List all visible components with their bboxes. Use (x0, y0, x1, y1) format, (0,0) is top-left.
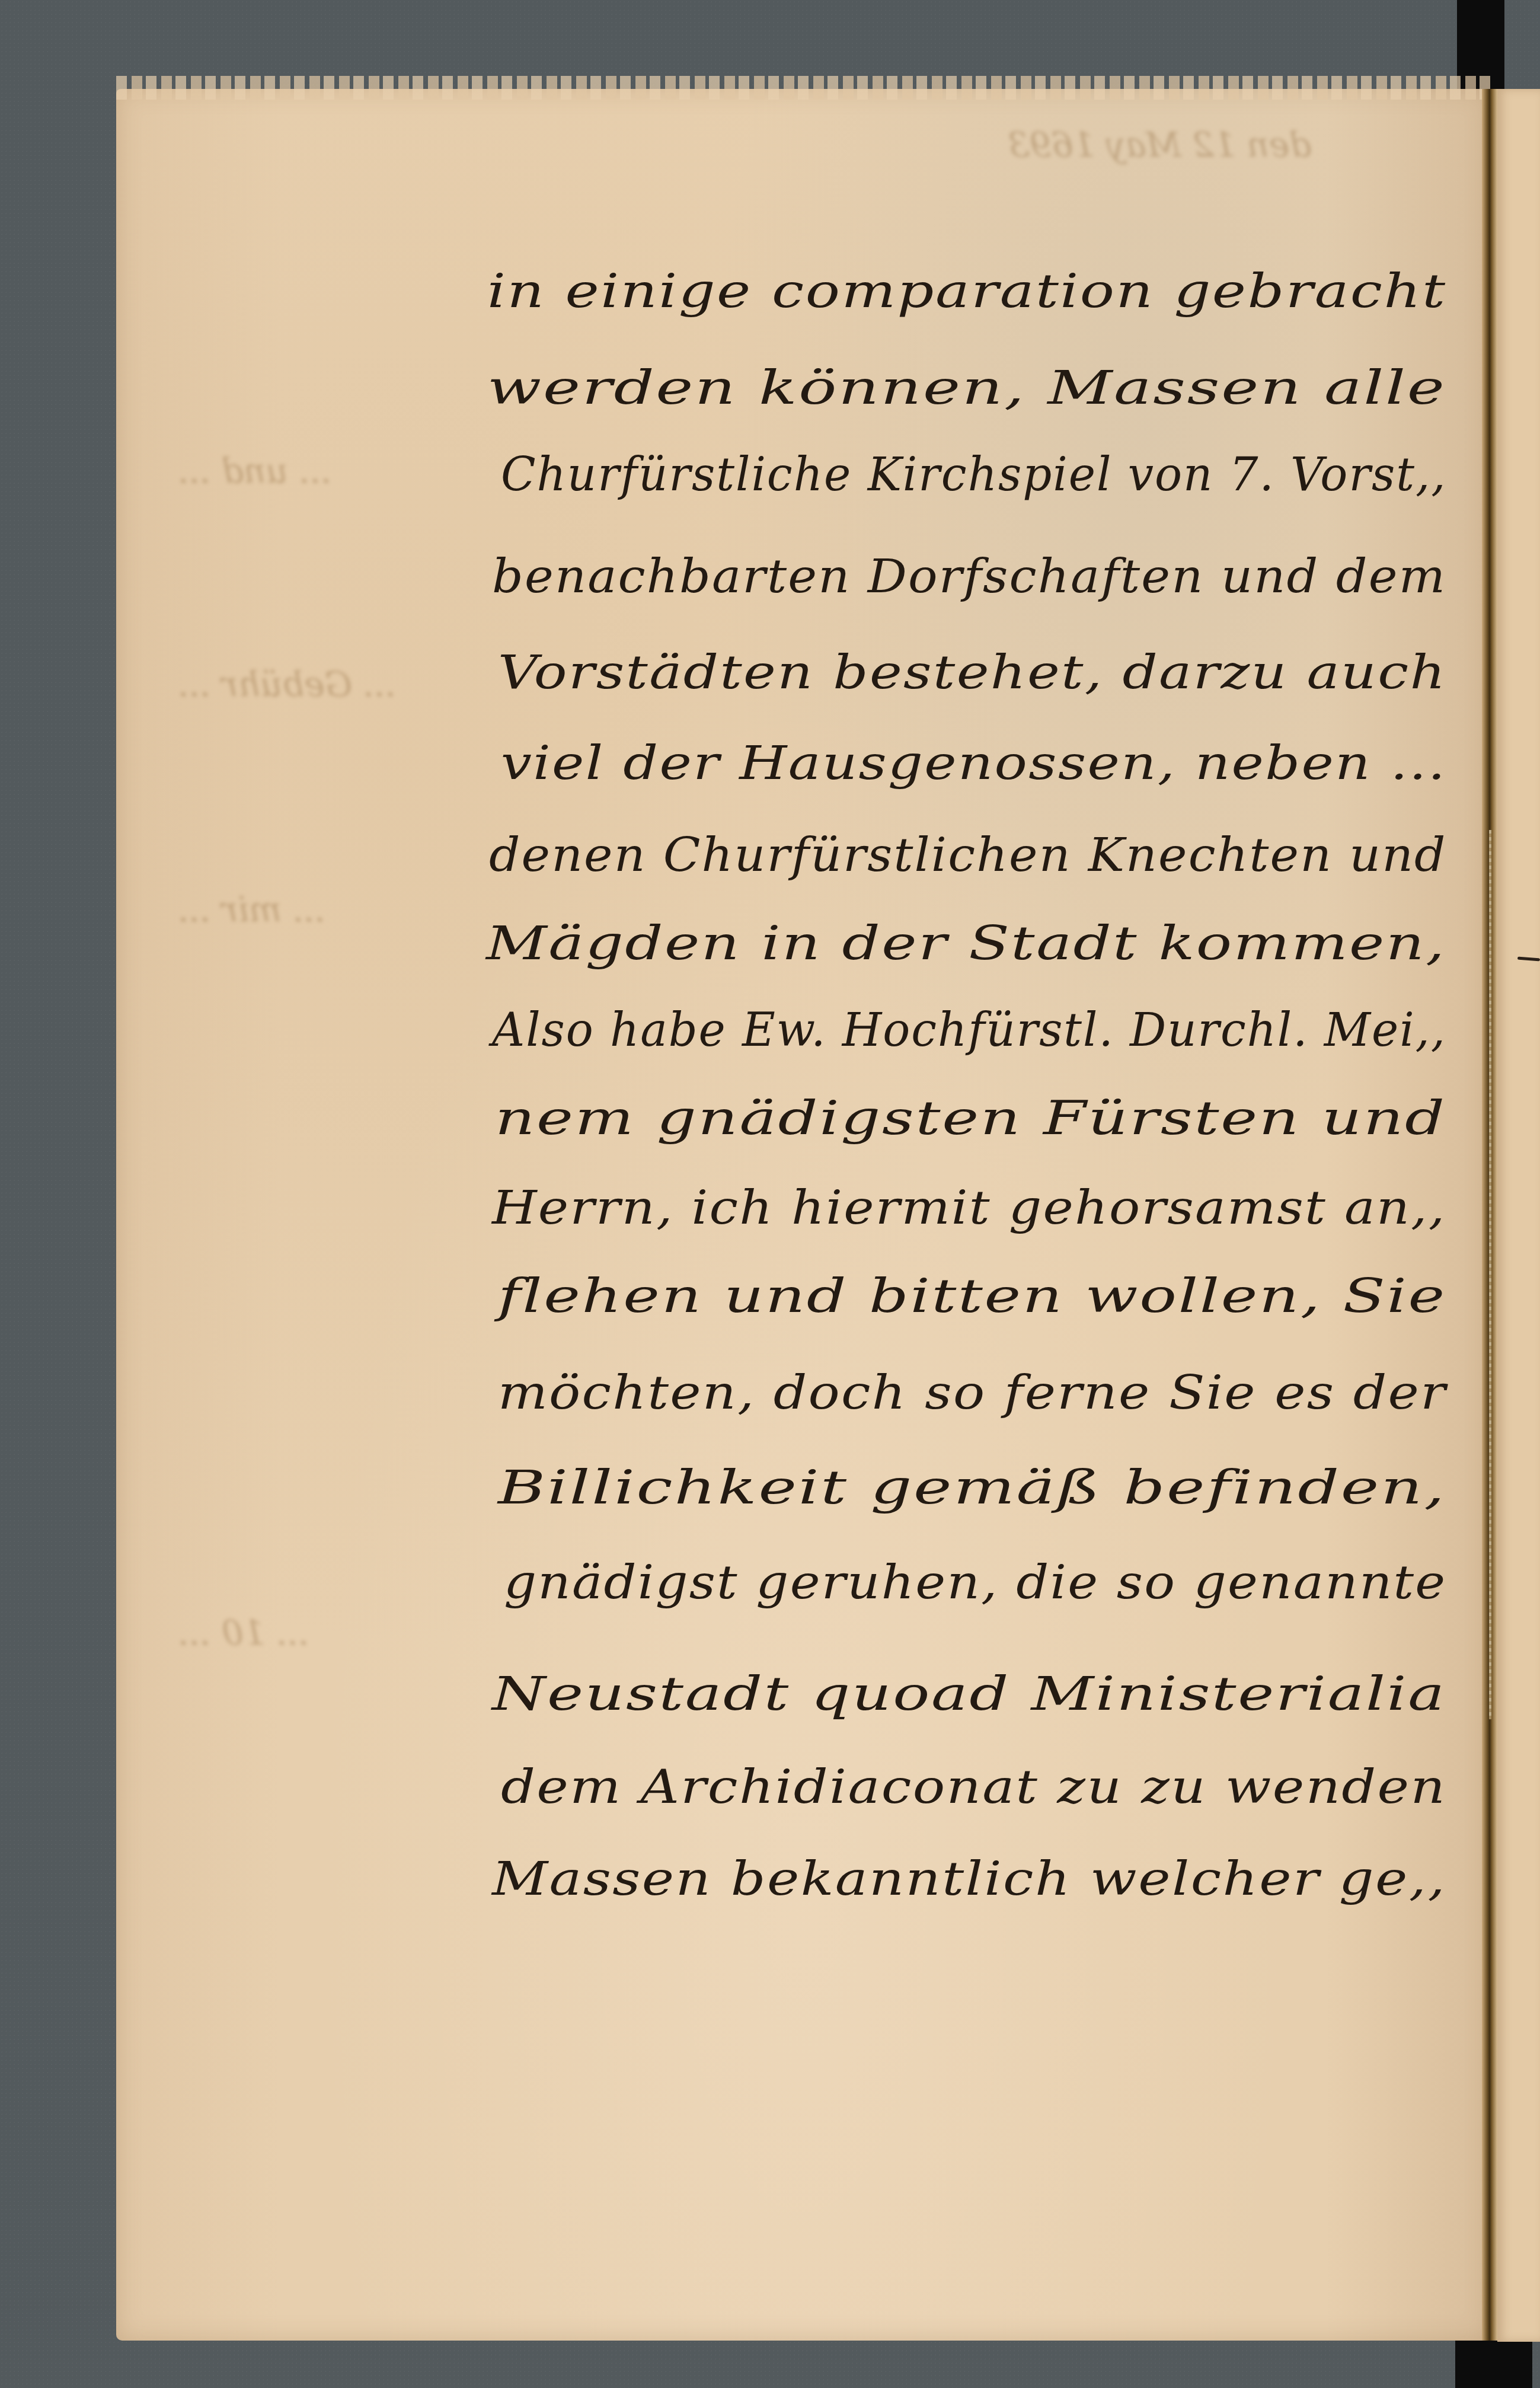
manuscript-line: denen Churfürstlichen Knechten und (489, 829, 1447, 882)
manuscript-line: Herrn, ich hiermit gehorsamst an,, (492, 1182, 1446, 1235)
manuscript-line: Vorstädten bestehet, darzu auch (498, 646, 1446, 700)
manuscript-line: flehen und bitten wollen, Sie (498, 1270, 1446, 1323)
manuscript-line: benachbarten Dorfschaften und dem (492, 550, 1446, 604)
manuscript-line: viel der Hausgenossen, neben ... (501, 737, 1446, 790)
manuscript-line: möchten, doch so ferne Sie es der (498, 1367, 1447, 1420)
manuscript-line: Neustadt quoad Ministerialia (492, 1668, 1446, 1721)
manuscript-line: Billichkeit gemäß befinden, (498, 1461, 1446, 1515)
manuscript-text: in einige comparation gebrachtwerden kön… (0, 0, 1540, 2388)
manuscript-line: dem Archidiaconat zu zu wenden (501, 1761, 1446, 1814)
manuscript-line: nem gnädigsten Fürsten und (495, 1092, 1446, 1145)
manuscript-line: Churfürstliche Kirchspiel von 7. Vorst,, (501, 448, 1447, 502)
manuscript-line: Massen bekanntlich welcher ge,, (492, 1853, 1446, 1906)
manuscript-line: Also habe Ew. Hochfürstl. Durchl. Mei,, (492, 1004, 1446, 1057)
manuscript-line: werden können, Massen alle (487, 362, 1446, 415)
manuscript-line: in einige comparation gebracht (487, 265, 1447, 318)
manuscript-line: gnädigst geruhen, die so genannte (504, 1556, 1446, 1610)
manuscript-line: Mägden in der Stadt kommen, (486, 917, 1446, 970)
